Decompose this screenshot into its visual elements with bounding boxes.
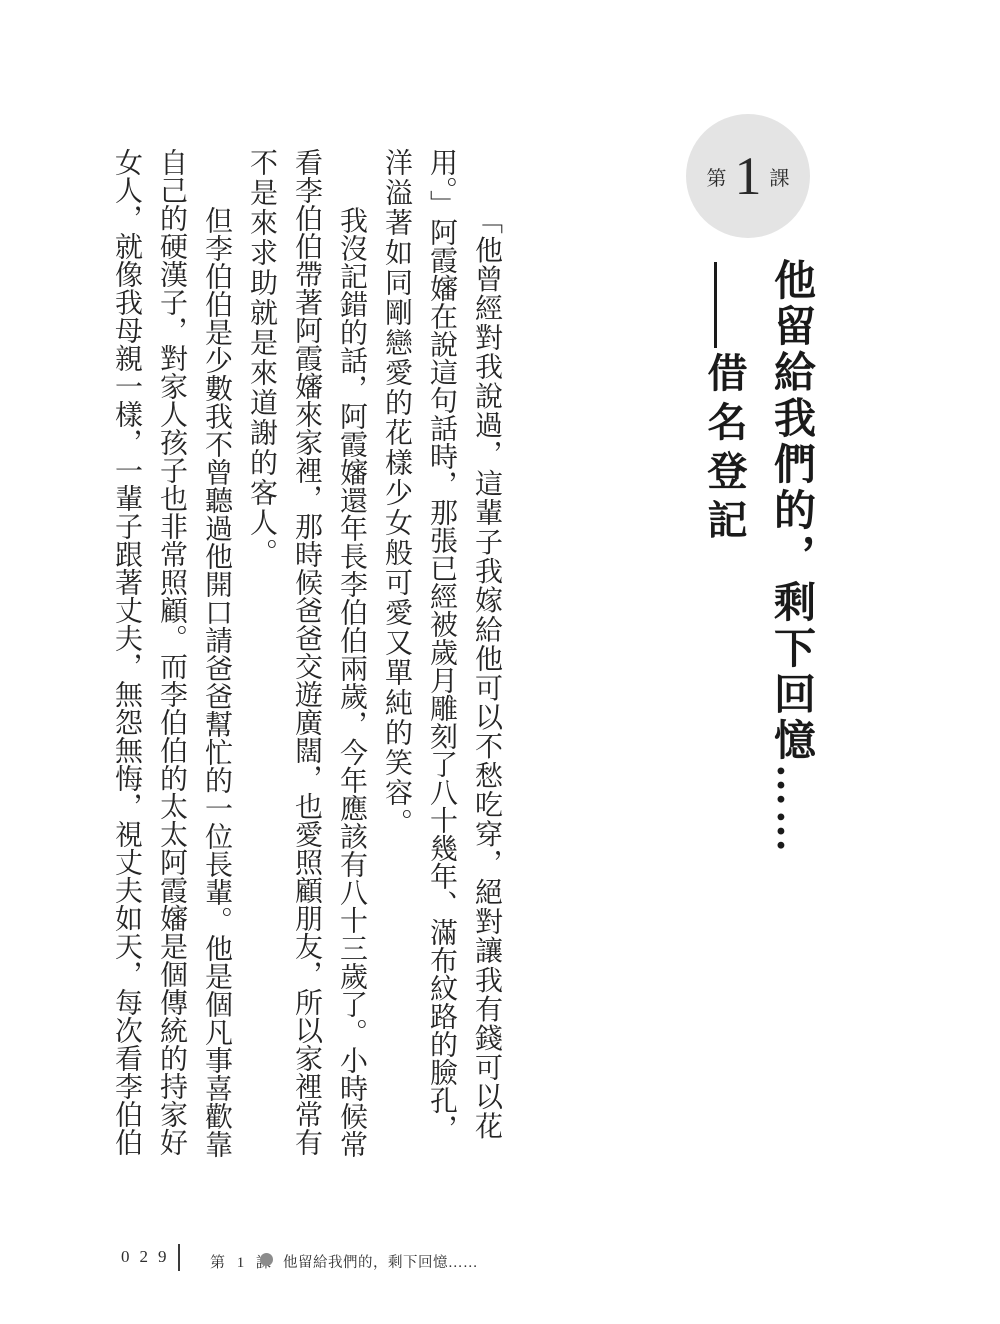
text-column-7: 但李伯伯是少數我不曾聽過他開口請爸爸幫忙的一位長輩。他是個凡事喜歡靠 [194, 148, 239, 1158]
text-column-3: 洋溢著如同剛戀愛的花樣少女般可愛又單純的笑容。 [374, 148, 419, 838]
chapter-badge-suffix: 課 [770, 162, 790, 191]
chapter-badge-number: 1 [735, 149, 762, 203]
footer-divider [178, 1244, 180, 1271]
book-page: { "page": { "background": "#ffffff", "te… [0, 0, 1000, 1324]
text-column-1: 「他曾經對我說過，這輩子我嫁給他可以不愁吃穿，絕對讓我有錢可以花 [464, 148, 509, 1140]
footer-running-title: 他留給我們的，剩下回憶…… [283, 1251, 478, 1272]
page-number: 029 [121, 1247, 177, 1267]
text-column-5: 看李伯伯帶著阿霞嬸來家裡，那時候爸爸交遊廣闊，也愛照顧朋友，所以家裡常有 [284, 148, 329, 1156]
chapter-badge: 第 1 課 [686, 114, 810, 238]
chapter-badge-prefix: 第 [707, 162, 727, 191]
body-text: 「他曾經對我說過，這輩子我嫁給他可以不愁吃穿，絕對讓我有錢可以花 用。」阿霞嬸在… [104, 148, 509, 1238]
chapter-subtitle: 借名登記 [696, 352, 753, 548]
footer-bullet-icon [260, 1253, 273, 1266]
subtitle-dash [714, 262, 717, 348]
text-column-6: 不是來求助就是來道謝的客人。 [239, 148, 284, 568]
text-column-9: 女人，就像我母親一樣，一輩子跟著丈夫，無怨無悔，視丈夫如天，每次看李伯伯 [104, 148, 149, 1156]
text-column-8: 自己的硬漢子，對家人孩子也非常照顧。而李伯伯的太太阿霞嬸是個傳統的持家好 [149, 148, 194, 1156]
chapter-title: 他留給我們的，剩下回憶…… [761, 258, 821, 856]
text-column-2: 用。」阿霞嬸在說這句話時，那張已經被歲月雕刻了八十幾年、滿布紋路的臉孔， [419, 148, 464, 1142]
text-column-4: 我沒記錯的話，阿霞嬸還年長李伯伯兩歲，今年應該有八十三歲了。小時候常 [329, 148, 374, 1158]
